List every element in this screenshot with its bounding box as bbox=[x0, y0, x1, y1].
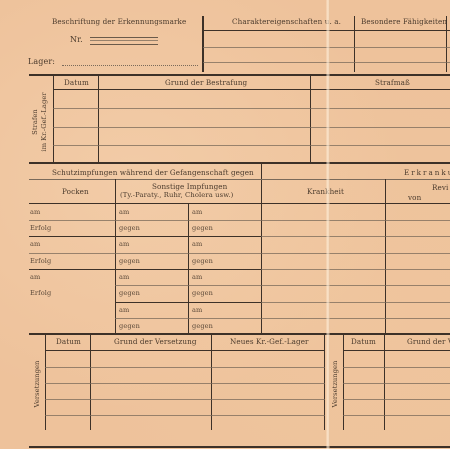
number-field[interactable] bbox=[90, 37, 158, 45]
divider bbox=[343, 350, 450, 351]
other-cell: gegen bbox=[119, 224, 140, 232]
transfer-col-date: Datum bbox=[56, 337, 81, 346]
character-label: Charaktereigenschaften u. a. bbox=[232, 17, 341, 26]
divider bbox=[29, 179, 261, 180]
col-date: Datum bbox=[64, 78, 89, 87]
rule-line bbox=[261, 236, 450, 237]
divider bbox=[354, 16, 355, 72]
divider bbox=[261, 179, 450, 180]
rule-line bbox=[343, 415, 450, 416]
rule-line bbox=[261, 285, 450, 286]
other-cell: gegen bbox=[192, 257, 213, 265]
col-revier: Revi bbox=[432, 183, 448, 192]
rule-line bbox=[115, 318, 261, 319]
smallpox-cell: Erfolg bbox=[30, 289, 51, 297]
col-from: von bbox=[408, 193, 421, 202]
col-other-line1: Sonstige Impfungen bbox=[152, 182, 227, 191]
rule-line bbox=[261, 253, 450, 254]
vaccinations-title: Schutzimpfungen während der Gefangenscha… bbox=[52, 168, 254, 177]
smallpox-cell: am bbox=[30, 208, 40, 216]
transfers-side-label: Versetzungen bbox=[33, 354, 41, 414]
smallpox-cell: Erfolg bbox=[30, 224, 51, 232]
col-reason: Grund der Bestrafung bbox=[165, 78, 247, 87]
other-cell: gegen bbox=[192, 289, 213, 297]
divider bbox=[53, 89, 450, 90]
rule-line bbox=[115, 285, 261, 286]
tag-inscription-label: Beschriftung der Erkennungsmarke bbox=[52, 17, 186, 26]
other-cell: am bbox=[119, 240, 129, 248]
side-label-line1: Strafen bbox=[31, 92, 40, 152]
section-border bbox=[29, 446, 450, 448]
rule-line bbox=[261, 302, 450, 303]
rule-line bbox=[343, 399, 450, 400]
punishments-side-label: Strafen im Kr.-Gef.-Lager bbox=[31, 92, 49, 152]
rule-line bbox=[53, 127, 450, 128]
other-cell: am bbox=[192, 240, 202, 248]
rule-line bbox=[45, 399, 325, 400]
divider bbox=[45, 350, 325, 351]
right-col-date: Datum bbox=[351, 337, 376, 346]
other-cell: gegen bbox=[119, 289, 140, 297]
other-cell: am bbox=[192, 273, 202, 281]
paper-background bbox=[0, 0, 450, 449]
rule-line bbox=[53, 145, 450, 146]
rule-line bbox=[45, 383, 325, 384]
rule-line bbox=[261, 220, 450, 221]
divider bbox=[446, 16, 447, 72]
other-cell: am bbox=[192, 306, 202, 314]
divider bbox=[29, 269, 261, 270]
other-cell: gegen bbox=[119, 322, 140, 330]
other-cell: am bbox=[119, 273, 129, 281]
divider bbox=[202, 16, 204, 72]
rule-line bbox=[45, 367, 325, 368]
camp-field[interactable] bbox=[62, 65, 198, 66]
rule-line bbox=[29, 253, 261, 254]
section-border bbox=[29, 333, 450, 335]
transfer-col-reason: Grund der Versetzung bbox=[114, 337, 197, 346]
rule-line bbox=[343, 367, 450, 368]
other-cell: am bbox=[119, 208, 129, 216]
other-cell: gegen bbox=[119, 257, 140, 265]
other-cell: am bbox=[192, 208, 202, 216]
col-penalty: Strafmaß bbox=[375, 78, 410, 87]
paper-fold bbox=[326, 0, 330, 449]
transfer-col-new-camp: Neues Kr.-Gef.-Lager bbox=[230, 337, 309, 346]
number-label: Nr. bbox=[70, 35, 83, 44]
col-smallpox: Pocken bbox=[62, 187, 89, 196]
illnesses-title: Erkranku bbox=[404, 168, 450, 177]
rule-line bbox=[53, 108, 450, 109]
rule-line bbox=[45, 415, 325, 416]
divider bbox=[115, 302, 261, 303]
number-field-line bbox=[90, 40, 158, 41]
rule-line bbox=[261, 318, 450, 319]
section-border bbox=[29, 162, 450, 164]
divider bbox=[29, 203, 261, 204]
other-cell: gegen bbox=[192, 224, 213, 232]
smallpox-cell: am bbox=[30, 273, 40, 281]
smallpox-cell: Erfolg bbox=[30, 257, 51, 265]
divider bbox=[261, 164, 262, 334]
side-label-line2: im Kr.-Gef.-Lager bbox=[40, 92, 49, 152]
divider bbox=[261, 203, 450, 204]
smallpox-cell: am bbox=[30, 240, 40, 248]
divider bbox=[29, 236, 261, 237]
col-other-line2: (Ty.-Paraty., Ruhr, Cholera usw.) bbox=[120, 191, 233, 199]
section-border bbox=[29, 74, 450, 76]
rule-line bbox=[29, 220, 261, 221]
abilities-label: Besondere Fähigkeiten bbox=[361, 17, 447, 26]
other-cell: gegen bbox=[192, 322, 213, 330]
right-col-reason: Grund der V bbox=[407, 337, 450, 346]
rule-line bbox=[343, 383, 450, 384]
transfers-right-side-label: Versetzungen bbox=[331, 354, 339, 414]
camp-label: Lager: bbox=[28, 57, 55, 66]
rule-line bbox=[261, 269, 450, 270]
other-cell: am bbox=[119, 306, 129, 314]
